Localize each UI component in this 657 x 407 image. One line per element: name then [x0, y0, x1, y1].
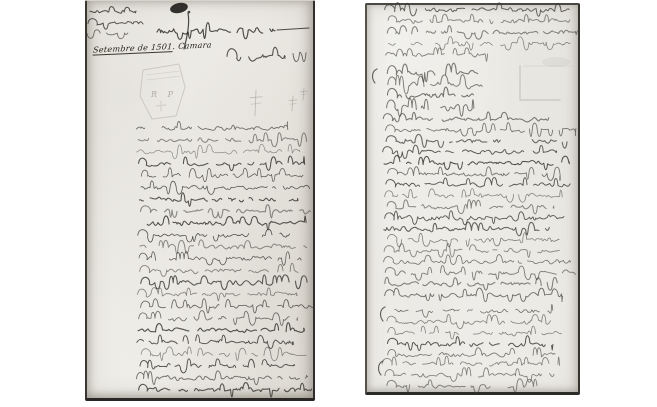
manuscript-page-right: [365, 3, 580, 395]
date-annotation-tail: . Camara: [172, 40, 212, 51]
manuscript-page-left: [85, 0, 315, 401]
manuscript-scan: Setembre de 1501. Camara R P: [0, 0, 657, 407]
